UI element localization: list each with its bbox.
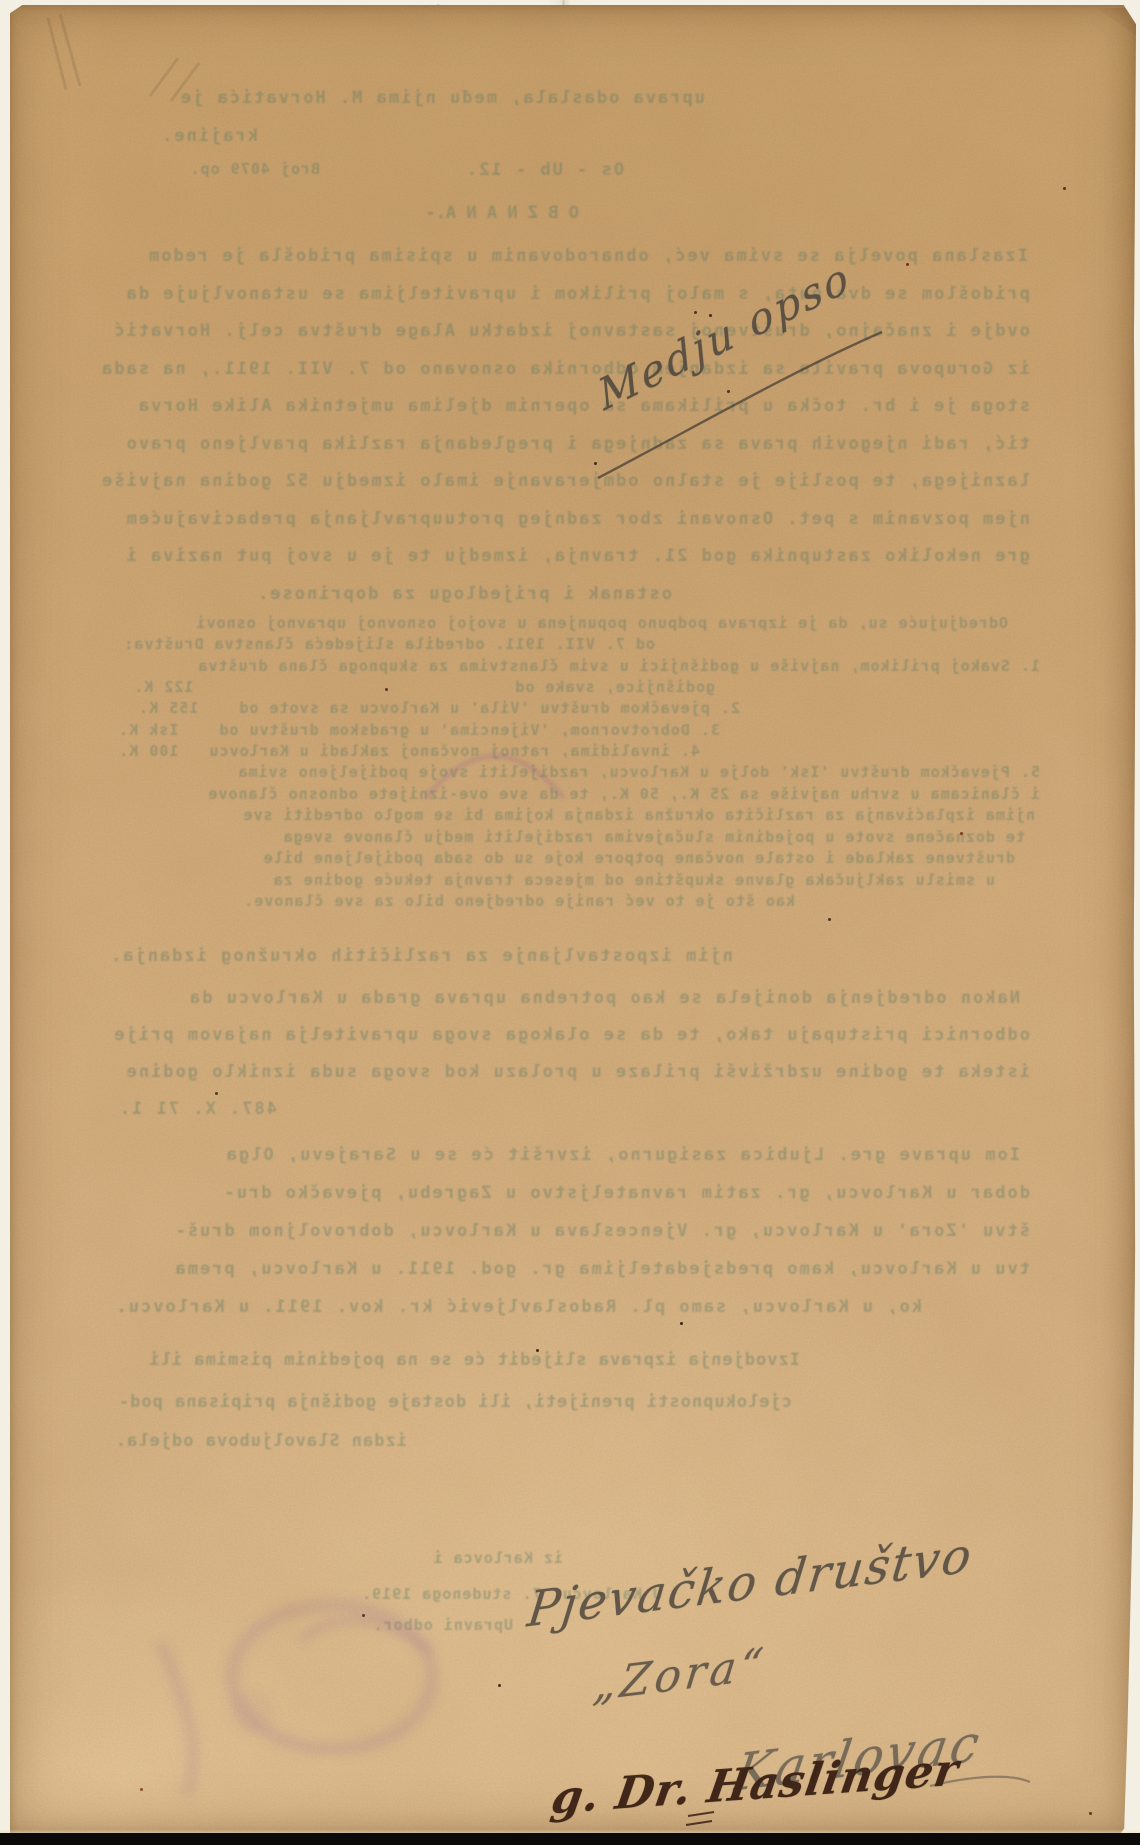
bleedthrough-line: 4. invalidima, ratnoj novčanoj zakladi u… xyxy=(95,742,700,760)
bleedthrough-line: stoga je i br. točka u prilikama sa oper… xyxy=(112,396,1030,416)
paper-speck xyxy=(680,1322,683,1325)
bleedthrough-line: 1. Svakoj prilikom, najviše u godišnjici… xyxy=(95,657,1040,675)
bleedthrough-line: Upravni odbor. xyxy=(363,1616,513,1634)
paper-speck xyxy=(385,688,388,691)
bleedthrough-line: laznijega, te poslije je stalno odmjerav… xyxy=(112,471,1030,491)
scanner-bar xyxy=(0,1833,1140,1845)
paper-speck xyxy=(498,1684,501,1687)
bleedthrough-line: cjelokupnosti prenijeti, ili dostaje god… xyxy=(112,1392,792,1412)
bleedthrough-line: ko, u Karlovcu, samo pl. Radoslavljević … xyxy=(112,1297,922,1317)
bleedthrough-line: krajine. xyxy=(148,126,258,146)
scan-page: { "page": { "kind": "scanned historical … xyxy=(0,0,1140,1845)
bleedthrough-line: tić, radi njegovih prava sa zadnjega i p… xyxy=(112,434,1030,454)
bleedthrough-line: društvene zaklade i ostale novčane potpo… xyxy=(95,849,1015,867)
bleedthrough-line: iz Karlovca i xyxy=(428,1549,563,1567)
paper-speck xyxy=(594,462,597,465)
bleedthrough-line: njima izplaćivanja za različita okružna … xyxy=(95,806,1035,824)
bleedthrough-line: ovdje i značajno, društvenoj sastavnoj i… xyxy=(112,321,1030,341)
bleedthrough-line: kao što je to već ranije odredjeno bilo … xyxy=(95,892,795,910)
paper-speck xyxy=(362,1614,365,1617)
bleedthrough-line: Nakon odredjenja donijela se kao potrebn… xyxy=(148,988,1020,1008)
bleedthrough-line: ostanak i prijedlogu za doprinose. xyxy=(112,584,672,604)
paper-speck xyxy=(727,390,730,393)
bleedthrough-line: izdan Slavoljubova odjela. xyxy=(112,1431,407,1451)
paper-speck xyxy=(1089,1812,1092,1815)
paper-speck xyxy=(215,1092,218,1095)
paper-speck xyxy=(536,1349,539,1352)
paper-speck xyxy=(960,832,963,835)
bleedthrough-line: Odredjujuće su, da je izprava podpuno po… xyxy=(148,614,1008,632)
bleedthrough-line: Izaslana povelja se svima već, obnarodov… xyxy=(148,246,1028,266)
bleedthrough-line: te doznačene svote u pojedinim slučajevi… xyxy=(95,828,1025,846)
paper-speck xyxy=(140,1788,143,1791)
bleedthrough-line: štvu 'Zora' u Karlovcu, gr. Vjenceslava … xyxy=(112,1221,1030,1241)
paper-speck xyxy=(1063,187,1066,190)
paper-speck xyxy=(694,311,697,314)
bleedthrough-line: od 7. VII. 1911. odredila slijedeća član… xyxy=(95,635,655,653)
bleedthrough-line: odbornici pristupaju tako, te da se olak… xyxy=(112,1025,1030,1045)
bleedthrough-line: isteka te godine uzdrživši prilaze u pro… xyxy=(112,1062,1030,1082)
bleedthrough-line: u smislu zaključaka glavne skupštine od … xyxy=(95,871,995,889)
bleedthrough-line: dobar u Karlovcu, gr. zatim ravnateljstv… xyxy=(112,1183,1030,1203)
bleedthrough-line: i članicama u svrhu najviše sa 25 K., 50… xyxy=(95,785,1040,803)
bleedthrough-line: 2. pjevačkom društvu 'Vila' u Karlovcu s… xyxy=(95,699,740,717)
bleedthrough-line: njem pozvanim s pet. Osnovani zbor zadnj… xyxy=(112,509,1030,529)
bleedthrough-line: 487. X. 71 1. xyxy=(112,1099,277,1119)
paper-speck xyxy=(906,263,909,266)
bleedthrough-line: gre nekoliko zastupnika god 21. travnja,… xyxy=(112,546,1030,566)
bleedthrough-line: O B Z N A N A.- xyxy=(424,203,579,223)
bleedthrough-line: Broj 4079 op. xyxy=(186,160,320,178)
bleedthrough-line: 3. Dobrotvornom, 'Vijencima' u gradskom … xyxy=(95,721,720,739)
bleedthrough-line: njim izpostavljanje za različitih okružn… xyxy=(108,946,733,966)
bleedthrough-line: 5. Pjevačkom društvu 'Isk' dolje u Karlo… xyxy=(95,763,1040,781)
bleedthrough-line: iz Gorupova pravila sa izdanjem odbornik… xyxy=(112,359,1030,379)
bleedthrough-line: uprava odaslala, među njima M. Horvatića… xyxy=(148,88,705,108)
bleedthrough-line: pridošlom se dva puta, s maloj prilikom … xyxy=(112,284,1030,304)
paper-speck xyxy=(828,918,831,921)
bleedthrough-line: tvu u Karlovcu, kamo predsjedateljima gr… xyxy=(112,1259,1030,1279)
bleedthrough-line: Izvodjenja izprava slijedit će se na poj… xyxy=(150,1350,800,1370)
bleedthrough-line: Os - Ub - 12. xyxy=(464,160,624,180)
bleedthrough-line: godišnjice, svake od 122 K. xyxy=(95,678,715,696)
bleedthrough-line: Iom uprave gre. Ljubica zasigurno, izvrš… xyxy=(148,1145,1020,1165)
